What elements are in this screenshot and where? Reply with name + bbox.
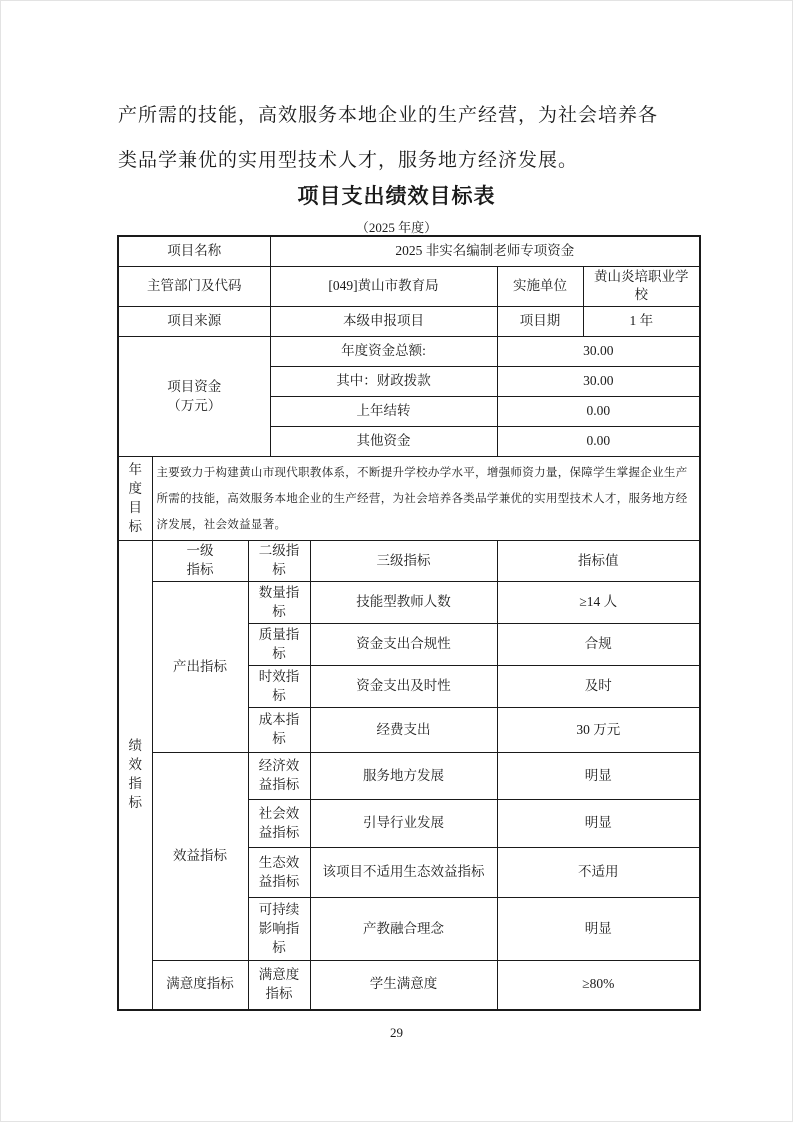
quantity-l2: 数量指 标 xyxy=(248,582,310,624)
row-annual-goal: 年 度 目 标 主要致力于构建黄山市现代职教体系，不断提升学校办学水平，增强师资… xyxy=(118,457,700,541)
row-department: 主管部门及代码 [049]黄山市教育局 实施单位 黄山炎培职业学校 xyxy=(118,266,700,307)
fund-fiscal-label: 其中：财政拨款 xyxy=(270,367,497,397)
sustainable-l3: 产教融合理念 xyxy=(310,898,497,961)
indicators-label: 绩 效 指 标 xyxy=(118,541,152,1010)
annual-goal-text: 主要致力于构建黄山市现代职教体系，不断提升学校办学水平，增强师资力量，保障学生掌… xyxy=(157,460,696,538)
source-label: 项目来源 xyxy=(118,307,270,337)
row-indicator-header: 绩 效 指 标 一级 指标 二级指 标 三级指标 指标值 xyxy=(118,541,700,582)
dept-label: 主管部门及代码 xyxy=(118,266,270,307)
group-output: 产出指标 xyxy=(152,582,248,753)
document-page: 产所需的技能，高效服务本地企业的生产经营，为社会培养各 类品学兼优的实用型技术人… xyxy=(0,0,793,1122)
performance-target-table: 项目名称 2025 非实名编制老师专项资金 主管部门及代码 [049]黄山市教育… xyxy=(117,235,701,1011)
satisfaction-value: ≥80% xyxy=(497,961,700,1010)
quality-value: 合规 xyxy=(497,624,700,666)
table-title: 项目支出绩效目标表 xyxy=(0,180,793,210)
row-fund-total: 项目资金 （万元） 年度资金总额: 30.00 xyxy=(118,337,700,367)
economic-value: 明显 xyxy=(497,753,700,800)
source-value: 本级申报项目 xyxy=(270,307,497,337)
ecological-l3: 该项目不适用生态效益指标 xyxy=(310,848,497,898)
page-number: 29 xyxy=(0,1025,793,1041)
funds-label: 项目资金 （万元） xyxy=(118,337,270,457)
header-level1: 一级 指标 xyxy=(152,541,248,582)
social-l3: 引导行业发展 xyxy=(310,800,497,848)
fund-other-label: 其他资金 xyxy=(270,427,497,457)
row-quantity: 产出指标 数量指 标 技能型教师人数 ≥14 人 xyxy=(118,582,700,624)
fund-fiscal-value: 30.00 xyxy=(497,367,700,397)
ecological-l2: 生态效 益指标 xyxy=(248,848,310,898)
ecological-value: 不适用 xyxy=(497,848,700,898)
timeliness-l2: 时效指 标 xyxy=(248,666,310,708)
group-satisfaction: 满意度指标 xyxy=(152,961,248,1010)
impl-unit-value: 黄山炎培职业学校 xyxy=(583,266,700,307)
sustainable-value: 明显 xyxy=(497,898,700,961)
row-satisfaction: 满意度指标 满意度 指标 学生满意度 ≥80% xyxy=(118,961,700,1010)
row-project-name: 项目名称 2025 非实名编制老师专项资金 xyxy=(118,236,700,266)
timeliness-value: 及时 xyxy=(497,666,700,708)
header-level3: 三级指标 xyxy=(310,541,497,582)
project-name-label: 项目名称 xyxy=(118,236,270,266)
fund-other-value: 0.00 xyxy=(497,427,700,457)
economic-l2: 经济效 益指标 xyxy=(248,753,310,800)
table-year-subtitle: （2025 年度） xyxy=(0,217,793,236)
fund-total-label: 年度资金总额: xyxy=(270,337,497,367)
dept-value: [049]黄山市教育局 xyxy=(270,266,497,307)
satisfaction-l3: 学生满意度 xyxy=(310,961,497,1010)
social-value: 明显 xyxy=(497,800,700,848)
annual-goal-cell: 主要致力于构建黄山市现代职教体系，不断提升学校办学水平，增强师资力量，保障学生掌… xyxy=(152,457,700,541)
sustainable-l2: 可持续 影响指 标 xyxy=(248,898,310,961)
impl-unit-label: 实施单位 xyxy=(497,266,583,307)
header-value: 指标值 xyxy=(497,541,700,582)
fund-total-value: 30.00 xyxy=(497,337,700,367)
cost-l3: 经费支出 xyxy=(310,708,497,753)
period-value: 1 年 xyxy=(583,307,700,337)
economic-l3: 服务地方发展 xyxy=(310,753,497,800)
period-label: 项目期 xyxy=(497,307,583,337)
quality-l3: 资金支出合规性 xyxy=(310,624,497,666)
group-benefit: 效益指标 xyxy=(152,753,248,961)
annual-goal-label: 年 度 目 标 xyxy=(118,457,152,541)
satisfaction-l2: 满意度 指标 xyxy=(248,961,310,1010)
fund-carryover-value: 0.00 xyxy=(497,397,700,427)
row-source: 项目来源 本级申报项目 项目期 1 年 xyxy=(118,307,700,337)
header-level2: 二级指 标 xyxy=(248,541,310,582)
fund-carryover-label: 上年结转 xyxy=(270,397,497,427)
timeliness-l3: 资金支出及时性 xyxy=(310,666,497,708)
row-economic: 效益指标 经济效 益指标 服务地方发展 明显 xyxy=(118,753,700,800)
cost-value: 30 万元 xyxy=(497,708,700,753)
social-l2: 社会效 益指标 xyxy=(248,800,310,848)
quantity-value: ≥14 人 xyxy=(497,582,700,624)
quantity-l3: 技能型教师人数 xyxy=(310,582,497,624)
project-name-value: 2025 非实名编制老师专项资金 xyxy=(270,236,700,266)
quality-l2: 质量指 标 xyxy=(248,624,310,666)
cost-l2: 成本指 标 xyxy=(248,708,310,753)
body-paragraph: 产所需的技能，高效服务本地企业的生产经营，为社会培养各 类品学兼优的实用型技术人… xyxy=(118,93,678,188)
